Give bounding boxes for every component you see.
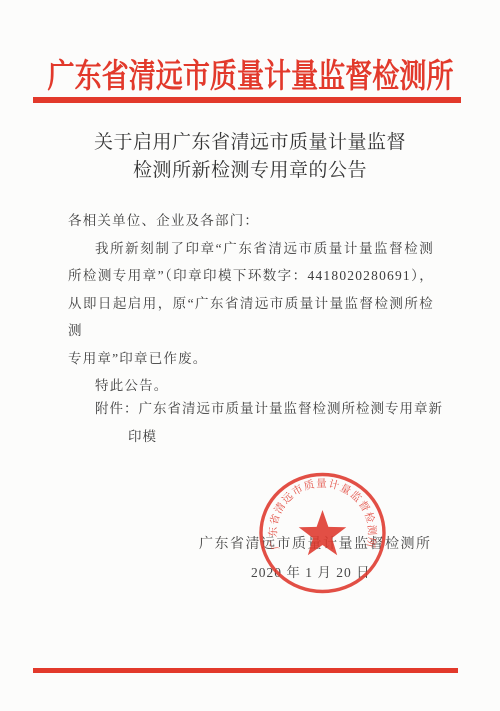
salutation: 各相关单位、企业及各部门： [68, 207, 434, 235]
document-title: 关于启用广东省清远市质量计量监督 检测所新检测专用章的公告 [0, 129, 500, 185]
body-paragraph-line: 从即日起启用，原“广东省清远市质量计量监督检测所检测 [68, 290, 434, 345]
footer-double-rule [33, 668, 458, 673]
attachment-text: 广东省清远市质量计量监督检测所检测专用章新 [139, 401, 444, 416]
signature-date: 2020 年 1 月 20 日 [251, 561, 371, 581]
body-paragraph-line: 所检测专用章”（印章印模下环数字：4418020280691）， [68, 262, 434, 290]
attachment-line: 附件：广东省清远市质量计量监督检测所检测专用章新 [95, 397, 443, 417]
body-paragraph-line: 我所新刻制了印章“广东省清远市质量计量监督检测 [68, 235, 434, 263]
body-paragraph-line: 专用章”印章已作废。 [68, 345, 434, 373]
document-body: 各相关单位、企业及各部门： 我所新刻制了印章“广东省清远市质量计量监督检测 所检… [68, 207, 434, 400]
document-title-line1: 关于启用广东省清远市质量计量监督 [0, 129, 500, 157]
letterhead-org-name: 广东省清远市质量计量监督检测所 [47, 50, 453, 97]
document-title-line2: 检测所新检测专用章的公告 [0, 157, 500, 185]
closing-line: 特此公告。 [68, 372, 434, 400]
announcement-document: 广东省清远市质量计量监督检测所 关于启用广东省清远市质量计量监督 检测所新检测专… [0, 0, 500, 711]
letterhead: 广东省清远市质量计量监督检测所 [0, 50, 500, 97]
signature-org-name: 广东省清远市质量计量监督检测所 [199, 533, 432, 553]
letterhead-double-rule [33, 97, 461, 103]
attachment-text-continued: 印模 [128, 425, 157, 445]
attachment-label: 附件： [95, 401, 139, 416]
